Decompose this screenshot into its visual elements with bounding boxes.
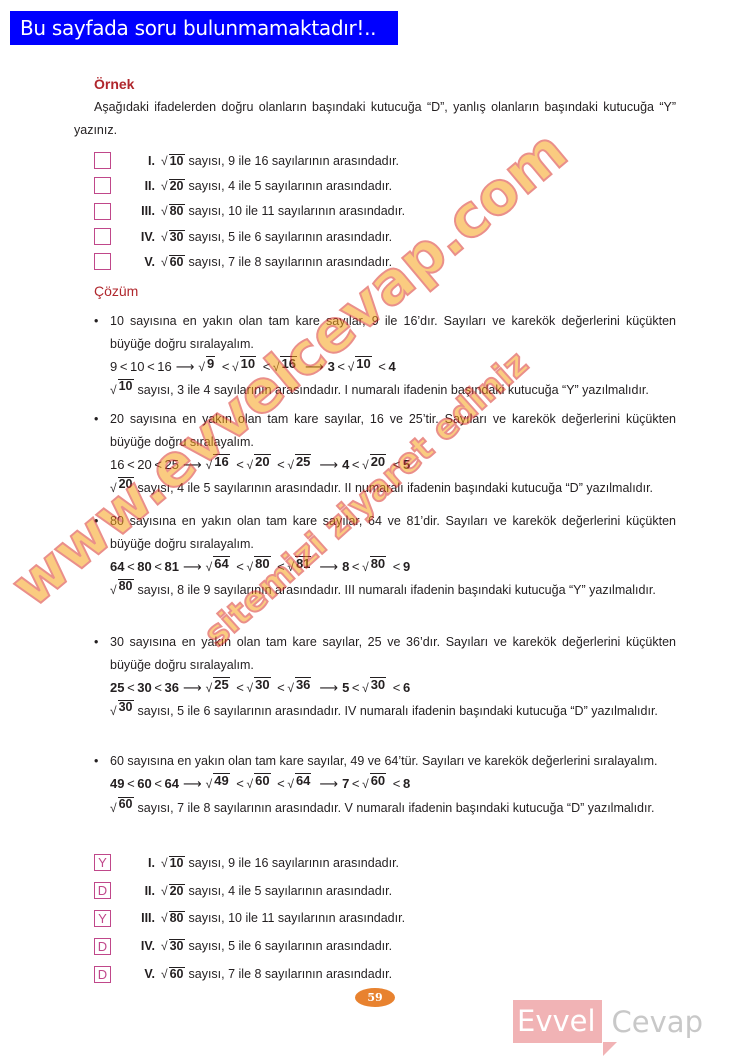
radicand: 20 bbox=[169, 179, 185, 193]
radical-sign-icon: √ bbox=[348, 356, 355, 379]
solution-item: •10 sayısına en yakın olan tam kare sayı… bbox=[94, 310, 676, 402]
radicand: 10 bbox=[169, 856, 185, 870]
answer-box[interactable]: D bbox=[94, 882, 111, 899]
statement-row: I.√10sayısı, 9 ile 16 sayılarının arasın… bbox=[94, 148, 405, 173]
number: 36 bbox=[165, 677, 179, 700]
statement-row: V.√60sayısı, 7 ile 8 sayılarının arasınd… bbox=[94, 249, 405, 274]
statement-text: sayısı, 5 ile 6 sayılarının arasındadır. bbox=[189, 230, 393, 244]
radicand: 30 bbox=[370, 677, 386, 691]
square-root: √30 bbox=[161, 939, 185, 953]
solution-paragraph: 20 sayısına en yakın olan tam kare sayıl… bbox=[94, 408, 676, 453]
radical-sign-icon: √ bbox=[247, 454, 254, 477]
less-than: < bbox=[275, 556, 288, 579]
number: 60 bbox=[137, 773, 151, 796]
statement-number: I. bbox=[111, 856, 155, 870]
radicand: 30 bbox=[118, 700, 134, 714]
radical-sign-icon: √ bbox=[362, 773, 369, 796]
square-root: √80 bbox=[161, 204, 185, 218]
answer-box[interactable]: Y bbox=[94, 910, 111, 927]
number: 6 bbox=[403, 677, 410, 700]
radicand: 81 bbox=[295, 556, 311, 570]
less-than: < bbox=[152, 677, 165, 700]
radicand: 60 bbox=[169, 255, 185, 269]
radicand: 9 bbox=[206, 356, 215, 370]
radicand: 10 bbox=[169, 154, 185, 168]
radicand: 16 bbox=[280, 356, 296, 370]
radicand: 20 bbox=[370, 454, 386, 468]
statement-row: IV.√30sayısı, 5 ile 6 sayılarının arasın… bbox=[94, 224, 405, 249]
radicand: 64 bbox=[295, 773, 311, 787]
radical-sign-icon: √ bbox=[287, 454, 294, 477]
radical-sign-icon: √ bbox=[206, 773, 213, 796]
radical-sign-icon: √ bbox=[161, 230, 168, 244]
answer-checkbox[interactable] bbox=[94, 203, 111, 220]
radical-sign-icon: √ bbox=[110, 379, 117, 402]
radical-sign-icon: √ bbox=[247, 773, 254, 796]
statement-row: YI.√10sayısı, 9 ile 16 sayılarının arası… bbox=[94, 849, 405, 877]
answer-checkbox[interactable] bbox=[94, 253, 111, 270]
less-than: < bbox=[152, 556, 165, 579]
evvelcevap-logo: Evvel Cevap bbox=[513, 999, 703, 1044]
answer-checkbox[interactable] bbox=[94, 177, 111, 194]
solution-item: •80 sayısına en yakın olan tam kare sayı… bbox=[94, 510, 676, 602]
notice-banner: Bu sayfada soru bulunmamaktadır!.. bbox=[10, 11, 398, 45]
statement-number: III. bbox=[111, 911, 155, 925]
radical-sign-icon: √ bbox=[247, 556, 254, 579]
square-root: √10 bbox=[110, 379, 134, 402]
radical-sign-icon: √ bbox=[161, 179, 168, 193]
less-than: < bbox=[349, 773, 362, 796]
less-than: < bbox=[219, 356, 232, 379]
less-than: < bbox=[260, 356, 273, 379]
radical-sign-icon: √ bbox=[110, 579, 117, 602]
arrow-right-icon: ⟶ bbox=[183, 677, 202, 700]
square-root: √80 bbox=[247, 556, 271, 579]
less-than: < bbox=[152, 773, 165, 796]
number: 8 bbox=[342, 556, 349, 579]
radicand: 60 bbox=[254, 773, 270, 787]
square-root: √25 bbox=[287, 454, 311, 477]
less-than: < bbox=[152, 454, 165, 477]
square-root: √80 bbox=[110, 579, 134, 602]
question-list: I.√10sayısı, 9 ile 16 sayılarının arasın… bbox=[94, 148, 405, 274]
bullet-icon: • bbox=[94, 631, 98, 654]
statement-row: DIV.√30sayısı, 5 ile 6 sayılarının arası… bbox=[94, 932, 405, 960]
radical-sign-icon: √ bbox=[161, 967, 168, 981]
number: 30 bbox=[137, 677, 151, 700]
solution-paragraph: 10 sayısına en yakın olan tam kare sayıl… bbox=[94, 310, 676, 355]
radicand: 80 bbox=[118, 579, 134, 593]
statement-number: V. bbox=[111, 967, 155, 981]
square-root: √20 bbox=[362, 454, 386, 477]
square-root: √36 bbox=[287, 677, 311, 700]
statement-number: III. bbox=[111, 204, 155, 218]
radicand: 80 bbox=[169, 204, 185, 218]
number: 4 bbox=[388, 356, 395, 379]
square-root: √30 bbox=[247, 677, 271, 700]
conclusion-text: sayısı, 3 ile 4 sayılarının arasındadır.… bbox=[138, 383, 649, 397]
square-root: √60 bbox=[247, 773, 271, 796]
statement-row: YIII.√80sayısı, 10 ile 11 sayılarının ar… bbox=[94, 905, 405, 933]
radicand: 16 bbox=[213, 454, 229, 468]
statement-number: IV. bbox=[111, 230, 155, 244]
statement-text: sayısı, 4 ile 5 sayılarının arasındadır. bbox=[189, 884, 393, 898]
number: 5 bbox=[342, 677, 349, 700]
number: 25 bbox=[110, 677, 124, 700]
radicand: 30 bbox=[254, 677, 270, 691]
less-than: < bbox=[234, 556, 247, 579]
arrow-right-icon: ⟶ bbox=[319, 773, 338, 796]
less-than: < bbox=[234, 454, 247, 477]
logo-evvel: Evvel bbox=[513, 1000, 602, 1043]
less-than: < bbox=[390, 773, 403, 796]
square-root: √60 bbox=[161, 967, 185, 981]
number: 9 bbox=[110, 356, 117, 379]
square-root: √20 bbox=[110, 477, 134, 500]
number: 64 bbox=[165, 773, 179, 796]
radical-sign-icon: √ bbox=[206, 677, 213, 700]
arrow-right-icon: ⟶ bbox=[305, 356, 324, 379]
less-than: < bbox=[349, 454, 362, 477]
less-than: < bbox=[349, 556, 362, 579]
number: 80 bbox=[137, 556, 151, 579]
radicand: 25 bbox=[295, 454, 311, 468]
radical-sign-icon: √ bbox=[287, 773, 294, 796]
square-root: √60 bbox=[110, 797, 134, 820]
radicand: 20 bbox=[169, 884, 185, 898]
radical-sign-icon: √ bbox=[110, 797, 117, 820]
radicand: 10 bbox=[118, 379, 134, 393]
inequality-chain: 16 < 20 < 25⟶√16 < √20 < √25⟶4 < √20 < 5 bbox=[94, 453, 676, 477]
statement-number: II. bbox=[111, 179, 155, 193]
solution-conclusion: √30sayısı, 5 ile 6 sayılarının arasındad… bbox=[94, 700, 676, 723]
less-than: < bbox=[234, 773, 247, 796]
bullet-icon: • bbox=[94, 510, 98, 533]
number: 20 bbox=[137, 454, 151, 477]
statement-text: sayısı, 4 ile 5 sayılarının arasındadır. bbox=[189, 179, 393, 193]
less-than: < bbox=[376, 356, 389, 379]
radical-sign-icon: √ bbox=[110, 477, 117, 500]
statement-text: sayısı, 10 ile 11 sayılarının arasındadı… bbox=[189, 204, 406, 218]
statement-text: sayısı, 7 ile 8 sayılarının arasındadır. bbox=[189, 967, 393, 981]
radical-sign-icon: √ bbox=[161, 154, 168, 168]
solution-paragraph: 80 sayısına en yakın olan tam kare sayıl… bbox=[94, 510, 676, 555]
less-than: < bbox=[124, 454, 137, 477]
radical-sign-icon: √ bbox=[161, 884, 168, 898]
number: 3 bbox=[328, 356, 335, 379]
number: 9 bbox=[403, 556, 410, 579]
radical-sign-icon: √ bbox=[161, 911, 168, 925]
square-root: √16 bbox=[273, 356, 297, 379]
inequality-chain: 49 < 60 < 64⟶√49 < √60 < √64⟶7 < √60 < 8 bbox=[94, 773, 676, 797]
square-root: √10 bbox=[348, 356, 372, 379]
conclusion-text: sayısı, 8 ile 9 sayılarının arasındadır.… bbox=[138, 583, 656, 597]
radical-sign-icon: √ bbox=[273, 356, 280, 379]
statement-number: I. bbox=[111, 154, 155, 168]
conclusion-text: sayısı, 4 ile 5 sayılarının arasındadır.… bbox=[138, 481, 654, 495]
square-root: √20 bbox=[161, 884, 185, 898]
radicand: 60 bbox=[370, 773, 386, 787]
arrow-right-icon: ⟶ bbox=[183, 454, 202, 477]
radical-sign-icon: √ bbox=[110, 700, 117, 723]
radicand: 30 bbox=[169, 939, 185, 953]
arrow-right-icon: ⟶ bbox=[183, 556, 202, 579]
statement-number: IV. bbox=[111, 939, 155, 953]
statement-text: sayısı, 9 ile 16 sayılarının arasındadır… bbox=[189, 856, 400, 870]
less-than: < bbox=[124, 773, 137, 796]
square-root: √20 bbox=[161, 179, 185, 193]
square-root: √10 bbox=[161, 154, 185, 168]
number: 49 bbox=[110, 773, 124, 796]
number: 16 bbox=[110, 454, 124, 477]
radical-sign-icon: √ bbox=[206, 556, 213, 579]
radical-sign-icon: √ bbox=[362, 454, 369, 477]
radicand: 64 bbox=[213, 556, 229, 570]
radical-sign-icon: √ bbox=[161, 204, 168, 218]
less-than: < bbox=[124, 677, 137, 700]
solution-conclusion: √80sayısı, 8 ile 9 sayılarının arasındad… bbox=[94, 579, 676, 602]
solution-conclusion: √20sayısı, 4 ile 5 sayılarının arasındad… bbox=[94, 477, 676, 500]
square-root: √80 bbox=[362, 556, 386, 579]
radical-sign-icon: √ bbox=[161, 856, 168, 870]
conclusion-text: sayısı, 5 ile 6 sayılarının arasındadır.… bbox=[138, 704, 658, 718]
square-root: √64 bbox=[206, 556, 230, 579]
example-heading: Örnek bbox=[94, 76, 134, 92]
square-root: √16 bbox=[206, 454, 230, 477]
radical-sign-icon: √ bbox=[206, 454, 213, 477]
radicand: 10 bbox=[355, 356, 371, 370]
example-instructions: Aşağıdaki ifadelerden doğru olanların ba… bbox=[74, 96, 676, 142]
radicand: 20 bbox=[254, 454, 270, 468]
less-than: < bbox=[275, 773, 288, 796]
square-root: √30 bbox=[362, 677, 386, 700]
less-than: < bbox=[145, 356, 158, 379]
less-than: < bbox=[390, 677, 403, 700]
answer-box[interactable]: Y bbox=[94, 854, 111, 871]
conclusion-text: sayısı, 7 ile 8 sayılarının arasındadır.… bbox=[138, 801, 655, 815]
page-number: 59 bbox=[355, 988, 395, 1007]
radicand: 10 bbox=[240, 356, 256, 370]
bullet-icon: • bbox=[94, 310, 98, 333]
number: 16 bbox=[157, 356, 171, 379]
answer-box[interactable]: D bbox=[94, 966, 111, 983]
radicand: 36 bbox=[295, 677, 311, 691]
square-root: √30 bbox=[110, 700, 134, 723]
answer-box[interactable]: D bbox=[94, 938, 111, 955]
inequality-chain: 64 < 80 < 81⟶√64 < √80 < √81⟶8 < √80 < 9 bbox=[94, 555, 676, 579]
less-than: < bbox=[124, 556, 137, 579]
statement-number: II. bbox=[111, 884, 155, 898]
solution-heading: Çözüm bbox=[94, 283, 138, 299]
less-than: < bbox=[390, 556, 403, 579]
square-root: √80 bbox=[161, 911, 185, 925]
radical-sign-icon: √ bbox=[232, 356, 239, 379]
radical-sign-icon: √ bbox=[362, 556, 369, 579]
statement-text: sayısı, 5 ile 6 sayılarının arasındadır. bbox=[189, 939, 393, 953]
number: 10 bbox=[130, 356, 144, 379]
square-root: √60 bbox=[362, 773, 386, 796]
radicand: 60 bbox=[118, 797, 134, 811]
radicand: 80 bbox=[254, 556, 270, 570]
logo-cevap: Cevap bbox=[612, 1005, 703, 1039]
statement-text: sayısı, 7 ile 8 sayılarının arasındadır. bbox=[189, 255, 393, 269]
statement-row: DII.√20sayısı, 4 ile 5 sayılarının arası… bbox=[94, 877, 405, 905]
solution-paragraph: 30 sayısına en yakın olan tam kare sayıl… bbox=[94, 631, 676, 676]
square-root: √20 bbox=[247, 454, 271, 477]
less-than: < bbox=[275, 677, 288, 700]
less-than: < bbox=[349, 677, 362, 700]
radicand: 80 bbox=[169, 911, 185, 925]
number: 7 bbox=[342, 773, 349, 796]
less-than: < bbox=[335, 356, 348, 379]
statement-text: sayısı, 9 ile 16 sayılarının arasındadır… bbox=[189, 154, 400, 168]
square-root: √9 bbox=[198, 356, 215, 379]
square-root: √25 bbox=[206, 677, 230, 700]
radical-sign-icon: √ bbox=[362, 677, 369, 700]
inequality-chain: 9 < 10 < 16⟶√9 < √10 < √16⟶3 < √10 < 4 bbox=[94, 355, 676, 379]
radical-sign-icon: √ bbox=[287, 556, 294, 579]
statement-row: II.√20sayısı, 4 ile 5 sayılarının arasın… bbox=[94, 173, 405, 198]
number: 8 bbox=[403, 773, 410, 796]
answer-list: YI.√10sayısı, 9 ile 16 sayılarının arası… bbox=[94, 849, 405, 988]
radicand: 30 bbox=[169, 230, 185, 244]
radical-sign-icon: √ bbox=[287, 677, 294, 700]
statement-row: III.√80sayısı, 10 ile 11 sayılarının ara… bbox=[94, 199, 405, 224]
statement-row: DV.√60sayısı, 7 ile 8 sayılarının arasın… bbox=[94, 960, 405, 988]
less-than: < bbox=[390, 454, 403, 477]
arrow-right-icon: ⟶ bbox=[319, 677, 338, 700]
radicand: 80 bbox=[370, 556, 386, 570]
solution-item: •20 sayısına en yakın olan tam kare sayı… bbox=[94, 408, 676, 500]
arrow-right-icon: ⟶ bbox=[319, 454, 338, 477]
less-than: < bbox=[117, 356, 130, 379]
square-root: √64 bbox=[287, 773, 311, 796]
arrow-right-icon: ⟶ bbox=[183, 773, 202, 796]
arrow-right-icon: ⟶ bbox=[319, 556, 338, 579]
square-root: √60 bbox=[161, 255, 185, 269]
radicand: 49 bbox=[213, 773, 229, 787]
radical-sign-icon: √ bbox=[247, 677, 254, 700]
solution-item: •60 sayısına en yakın olan tam kare sayı… bbox=[94, 750, 676, 819]
square-root: √30 bbox=[161, 230, 185, 244]
bullet-icon: • bbox=[94, 408, 98, 431]
solution-conclusion: √60sayısı, 7 ile 8 sayılarının arasındad… bbox=[94, 797, 676, 820]
number: 25 bbox=[165, 454, 179, 477]
number: 81 bbox=[165, 556, 179, 579]
number: 5 bbox=[403, 454, 410, 477]
solution-conclusion: √10sayısı, 3 ile 4 sayılarının arasındad… bbox=[94, 379, 676, 402]
radical-sign-icon: √ bbox=[198, 356, 205, 379]
square-root: √10 bbox=[161, 856, 185, 870]
radical-sign-icon: √ bbox=[161, 255, 168, 269]
square-root: √10 bbox=[232, 356, 256, 379]
answer-checkbox[interactable] bbox=[94, 152, 111, 169]
radicand: 25 bbox=[213, 677, 229, 691]
radical-sign-icon: √ bbox=[161, 939, 168, 953]
square-root: √81 bbox=[287, 556, 311, 579]
radicand: 60 bbox=[169, 967, 185, 981]
inequality-chain: 25 < 30 < 36⟶√25 < √30 < √36⟶5 < √30 < 6 bbox=[94, 676, 676, 700]
statement-text: sayısı, 10 ile 11 sayılarının arasındadı… bbox=[189, 911, 406, 925]
square-root: √49 bbox=[206, 773, 230, 796]
radicand: 20 bbox=[118, 477, 134, 491]
answer-checkbox[interactable] bbox=[94, 228, 111, 245]
solution-paragraph: 60 sayısına en yakın olan tam kare sayıl… bbox=[94, 750, 676, 773]
arrow-right-icon: ⟶ bbox=[176, 356, 195, 379]
less-than: < bbox=[234, 677, 247, 700]
solution-item: •30 sayısına en yakın olan tam kare sayı… bbox=[94, 631, 676, 723]
statement-number: V. bbox=[111, 255, 155, 269]
less-than: < bbox=[275, 454, 288, 477]
bullet-icon: • bbox=[94, 750, 98, 773]
number: 4 bbox=[342, 454, 349, 477]
number: 64 bbox=[110, 556, 124, 579]
